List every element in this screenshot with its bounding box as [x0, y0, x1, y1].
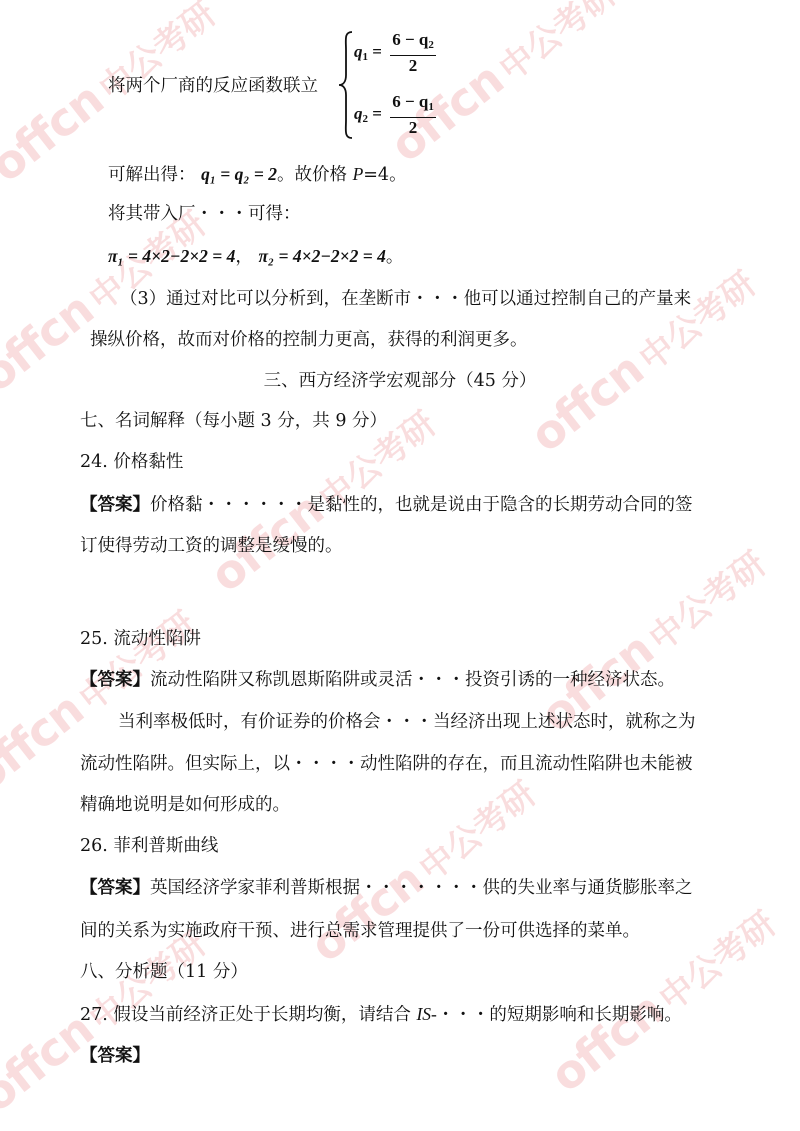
- answer-label: 【答案】: [80, 878, 150, 898]
- q25-answer-line-1: 【答案】流动性陷阱又称凯恩斯陷阱或灵活・・・投资引诱的一种经济状态。: [80, 669, 675, 691]
- system-intro: 将两个厂商的反应函数联立: [108, 75, 318, 97]
- q24-answer-line-2: 订使得劳动工资的调整是缓慢的。: [80, 535, 343, 557]
- part3-line-1: （3）通过对比可以分析到，在垄断市・・・他可以通过控制自己的产量来: [120, 288, 691, 310]
- q25-answer-line-2: 当利率极低时，有价证券的价格会・・・当经济出现上述状态时，就称之为: [118, 711, 696, 733]
- equation-q1: q1 = 6 − q22: [354, 30, 436, 76]
- q26-answer-line-2: 间的关系为实施政府干预、进行总需求管理提供了一份可供选择的菜单。: [80, 920, 640, 942]
- q25-title: 25. 流动性陷阱: [80, 628, 201, 650]
- q26-title: 26. 菲利普斯曲线: [80, 835, 218, 857]
- q27-answer-label: 【答案】: [80, 1045, 150, 1067]
- left-brace-icon: [338, 30, 354, 140]
- q24-answer-line-1: 【答案】价格黏・・・・・・是黏性的，也就是说由于隐含的长期劳动合同的签: [80, 494, 693, 516]
- part8-title: 八、分析题（11 分）: [80, 961, 248, 983]
- part3-line-2: 操纵价格，故而对价格的控制力更高，获得的利润更多。: [90, 329, 528, 351]
- answer-label: 【答案】: [80, 495, 150, 515]
- q26-answer-line-1: 【答案】英国经济学家菲利普斯根据・・・・・・・供的失业率与通货膨胀率之: [80, 877, 693, 899]
- substitute-line: 将其带入厂・・・可得：: [108, 203, 301, 225]
- q25-answer-line-3: 流动性陷阱。但实际上，以・・・・动性陷阱的存在，而且流动性陷阱也未能被: [80, 753, 693, 775]
- profit-line: π₁ = 4×2−2×2 = 4， π₂ = 4×2−2×2 = 4。: [108, 245, 403, 268]
- answer-label: 【答案】: [80, 670, 150, 690]
- section-heading: 三、西方经济学宏观部分（45 分）: [0, 370, 800, 392]
- equation-q2: q2 = 6 − q12: [354, 92, 436, 138]
- document-page: 将两个厂商的反应函数联立 q1 = 6 − q22 q2 = 6 − q12 可…: [0, 0, 800, 1131]
- part7-title: 七、名词解释（每小题 3 分，共 9 分）: [80, 410, 387, 432]
- q25-answer-line-4: 精确地说明是如何形成的。: [80, 794, 290, 816]
- q27-question: 27. 假设当前经济正处于长期均衡，请结合 IS-・・・的短期影响和长期影响。: [80, 1003, 682, 1026]
- q24-title: 24. 价格黏性: [80, 451, 183, 473]
- solve-line: 可解出得： q₁ = q₂ = 2。故价格 P=4。: [108, 163, 407, 186]
